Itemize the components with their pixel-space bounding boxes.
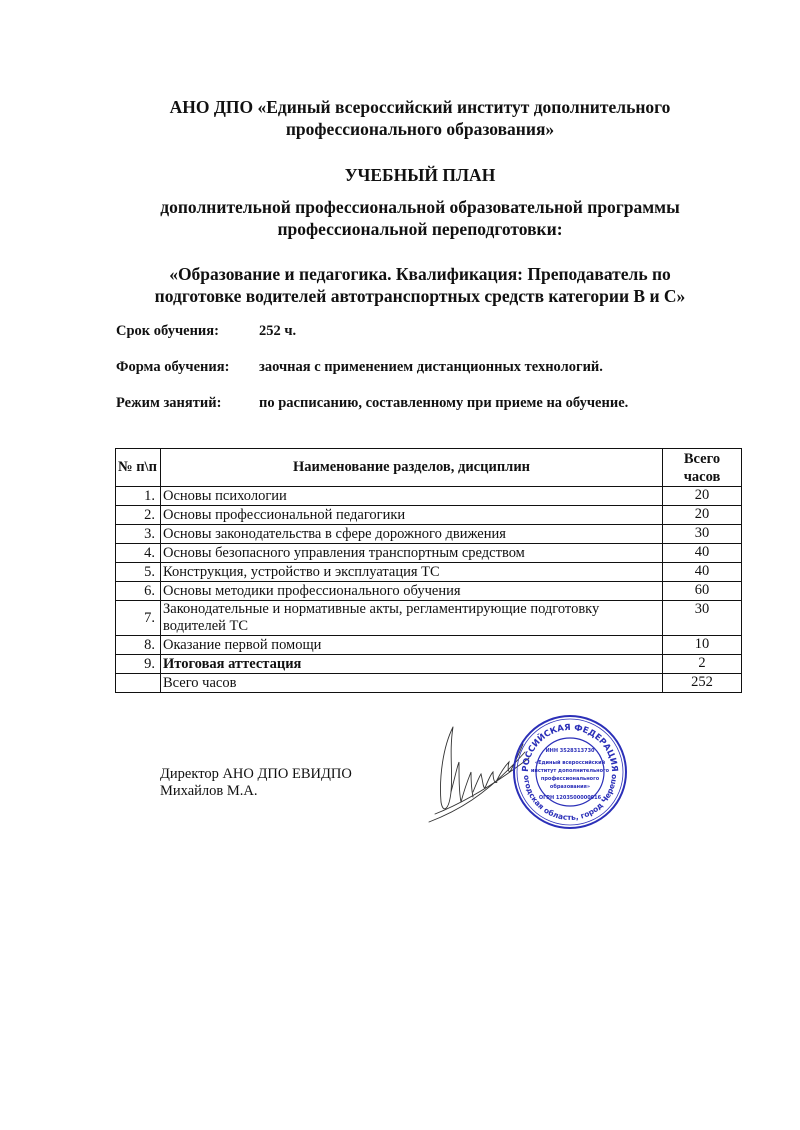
- meta-duration-label: Срок обучения:: [116, 322, 259, 340]
- stamp-inner-line3: профессионального: [541, 775, 600, 782]
- row-name: Основы психологии: [161, 487, 663, 506]
- meta-mode-label: Режим занятий:: [116, 394, 259, 412]
- row-hours: 10: [663, 636, 742, 655]
- row-number: 5.: [116, 563, 161, 582]
- row-number: [116, 674, 161, 693]
- row-number: 9.: [116, 655, 161, 674]
- curriculum-table: № п\п Наименование разделов, дисциплин В…: [115, 448, 742, 693]
- org-title-line2: профессионального образования»: [100, 118, 740, 140]
- meta-mode-value: по расписанию, составленному при приеме …: [259, 395, 628, 411]
- org-title-line1: АНО ДПО «Единый всероссийский институт д…: [100, 96, 740, 118]
- official-stamp-icon: РОССИЙСКАЯ ФЕДЕРАЦИЯ Вологодская область…: [510, 712, 630, 832]
- row-hours: 40: [663, 544, 742, 563]
- table-row: 8.Оказание первой помощи10: [116, 636, 742, 655]
- program-name: «Образование и педагогика. Квалификация:…: [100, 263, 740, 307]
- program-name-line1: «Образование и педагогика. Квалификация:…: [100, 263, 740, 285]
- meta-mode: Режим занятий:по расписанию, составленно…: [116, 394, 628, 412]
- row-name: Основы методики профессионального обучен…: [161, 582, 663, 601]
- row-name: Конструкция, устройство и эксплуатация Т…: [161, 563, 663, 582]
- row-number: 1.: [116, 487, 161, 506]
- row-name: Основы профессиональной педагогики: [161, 506, 663, 525]
- row-number: 3.: [116, 525, 161, 544]
- organization-title: АНО ДПО «Единый всероссийский институт д…: [100, 96, 740, 140]
- row-hours: 60: [663, 582, 742, 601]
- stamp-inner-line4: образования»: [550, 783, 590, 790]
- table-header-row: № п\п Наименование разделов, дисциплин В…: [116, 449, 742, 487]
- header-name: Наименование разделов, дисциплин: [161, 449, 663, 487]
- table-row: 9.Итоговая аттестация2: [116, 655, 742, 674]
- header-total-line2: часов: [667, 468, 737, 486]
- document-title: УЧЕБНЫЙ ПЛАН: [100, 164, 740, 186]
- row-name: Всего часов: [161, 674, 663, 693]
- row-hours: 20: [663, 506, 742, 525]
- table-row: 1.Основы психологии20: [116, 487, 742, 506]
- signer-name: Михайлов М.А.: [160, 783, 352, 800]
- row-name: Оказание первой помощи: [161, 636, 663, 655]
- row-number: 8.: [116, 636, 161, 655]
- stamp-inner-line2: институт дополнительного: [531, 768, 610, 774]
- row-name: Основы законодательства в сфере дорожног…: [161, 525, 663, 544]
- row-hours: 40: [663, 563, 742, 582]
- stamp-inn: ИНН 3528313730: [545, 748, 595, 754]
- signature-block: Директор АНО ДПО ЕВИДПО Михайлов М.А.: [160, 766, 352, 800]
- row-hours: 20: [663, 487, 742, 506]
- row-hours: 252: [663, 674, 742, 693]
- table-row: Всего часов252: [116, 674, 742, 693]
- header-total: Всего часов: [663, 449, 742, 487]
- signer-position: Директор АНО ДПО ЕВИДПО: [160, 766, 352, 783]
- program-type-line2: профессиональной переподготовки:: [100, 218, 740, 240]
- program-type: дополнительной профессиональной образова…: [100, 196, 740, 240]
- meta-form-value: заочная с применением дистанционных техн…: [259, 359, 603, 375]
- table-row: 2.Основы профессиональной педагогики20: [116, 506, 742, 525]
- meta-form: Форма обучения:заочная с применением дис…: [116, 358, 603, 376]
- row-name: Законодательные и нормативные акты, регл…: [161, 601, 663, 636]
- stamp-ogrn: ОГРН 1203500000016: [539, 795, 602, 801]
- meta-duration: Срок обучения:252 ч.: [116, 322, 296, 340]
- program-name-line2: подготовке водителей автотранспортных ср…: [100, 285, 740, 307]
- stamp-inner-line1: «Единый всероссийский: [535, 759, 606, 766]
- table-row: 4.Основы безопасного управления транспор…: [116, 544, 742, 563]
- header-total-line1: Всего: [667, 450, 737, 468]
- row-number: 6.: [116, 582, 161, 601]
- row-name: Основы безопасного управления транспортн…: [161, 544, 663, 563]
- table-row: 7.Законодательные и нормативные акты, ре…: [116, 601, 742, 636]
- table-row: 5.Конструкция, устройство и эксплуатация…: [116, 563, 742, 582]
- table-body: 1.Основы психологии202.Основы профессион…: [116, 487, 742, 693]
- table-row: 6.Основы методики профессионального обуч…: [116, 582, 742, 601]
- row-number: 2.: [116, 506, 161, 525]
- table-row: 3.Основы законодательства в сфере дорожн…: [116, 525, 742, 544]
- program-type-line1: дополнительной профессиональной образова…: [100, 196, 740, 218]
- row-number: 4.: [116, 544, 161, 563]
- meta-duration-value: 252 ч.: [259, 323, 296, 339]
- header-num: № п\п: [116, 449, 161, 487]
- row-hours: 2: [663, 655, 742, 674]
- meta-form-label: Форма обучения:: [116, 358, 259, 376]
- row-hours: 30: [663, 601, 742, 636]
- row-hours: 30: [663, 525, 742, 544]
- row-number: 7.: [116, 601, 161, 636]
- row-name: Итоговая аттестация: [161, 655, 663, 674]
